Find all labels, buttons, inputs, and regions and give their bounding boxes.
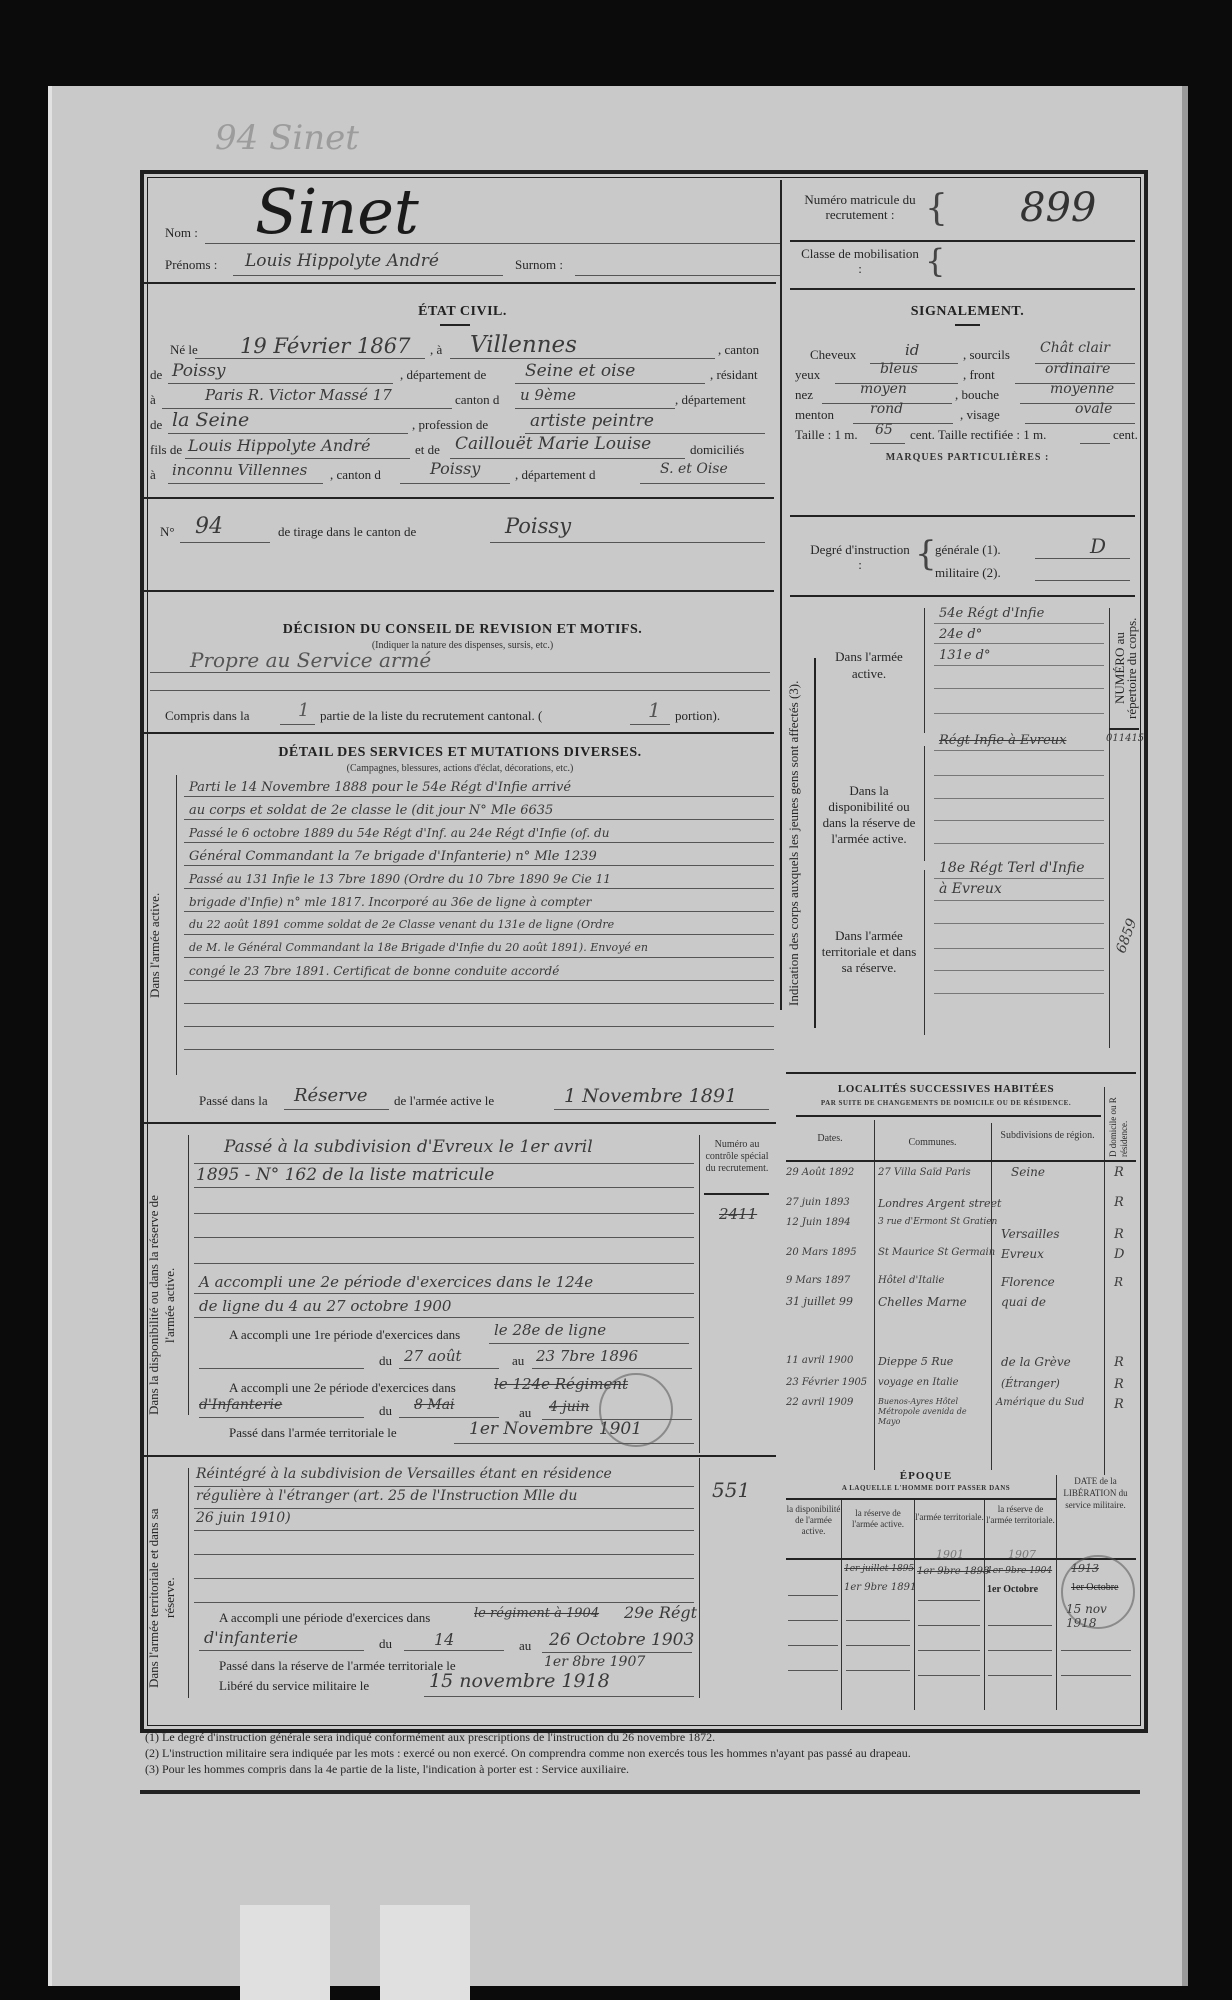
table-row: 27 juin 1893 Londres Argent street R	[786, 1197, 1136, 1219]
column-header-reserve-territoriale: la réserve de l'armée territoriale.	[985, 1504, 1056, 1526]
decision-value: Propre au Service armé	[190, 648, 431, 672]
footnotes: (1) Le degré d'instruction générale sera…	[145, 1730, 1135, 1790]
passe-text: de l'armée active le	[394, 1093, 494, 1109]
libere-label: Libéré du service militaire le	[219, 1678, 369, 1694]
column-header-dr: D domicile ou R résidence.	[1108, 1087, 1134, 1157]
territoriale-periode-label: A accompli une période d'exercices dans	[219, 1610, 430, 1626]
services-section: DÉTAIL DES SERVICES ET MUTATIONS DIVERSE…	[144, 735, 776, 1115]
territoriale-reserve-value: 1er 8bre 1907	[544, 1654, 645, 1670]
territoriale-du-value: 14	[434, 1630, 454, 1649]
departement-label: , département de	[400, 367, 486, 383]
passe-label: Passé dans la	[199, 1093, 268, 1109]
service-line: brigade d'Infie) n° mle 1817. Incorporé …	[189, 895, 591, 909]
libere-value: 15 novembre 1918	[429, 1670, 610, 1692]
pencil-note: 94 Sinet	[215, 118, 359, 158]
periode2-cont: d'Infanterie	[199, 1397, 282, 1413]
numero-controle-value: 2411	[719, 1205, 757, 1223]
reserve-territoriale-value: 1907	[1008, 1548, 1036, 1561]
paper-tab	[380, 1905, 470, 2000]
nom-label: Nom :	[165, 225, 198, 241]
instruction-block: Degré d'instruction : { générale (1). D …	[790, 520, 1135, 590]
periode1-label: A accompli une 1re période d'exercices d…	[229, 1327, 460, 1343]
services-side-label: Dans l'armée active.	[147, 865, 163, 1025]
domicile-a-label: à	[150, 467, 156, 483]
epoque-section: ÉPOQUE A LAQUELLE L'HOMME DOIT PASSER DA…	[786, 1470, 1136, 1725]
taille-label: Taille : 1 m.	[795, 427, 858, 443]
territoriale-section: Dans l'armée territoriale et dans sa rés…	[144, 1458, 776, 1698]
row-commune: Chelles Marne	[878, 1295, 967, 1309]
row-date: 29 Août 1892	[786, 1167, 854, 1178]
service-line: Passé le 6 octobre 1889 du 54e Régt d'In…	[189, 826, 609, 840]
territoriale-reserve-label: Passé dans la réserve de l'armée territo…	[219, 1658, 456, 1674]
periode2-du-value: 8 Mai	[414, 1397, 455, 1413]
row-dr: R	[1114, 1227, 1124, 1242]
service-line: de M. le Général Commandant la 18e Briga…	[189, 941, 648, 954]
surnom-label: Surnom :	[515, 257, 563, 273]
militaire-label: militaire (2).	[935, 565, 1001, 581]
row-date: 27 juin 1893	[786, 1197, 850, 1208]
row-commune: 3 rue d'Ermont St Gratien	[878, 1217, 997, 1227]
row-commune: 27 Villa Saïd Paris	[878, 1167, 971, 1178]
row-date: 23 Février 1905	[786, 1377, 867, 1388]
epoque-subtitle: A LAQUELLE L'HOMME DOIT PASSER DANS	[786, 1484, 1066, 1492]
localites-title: LOCALITÉS SUCCESSIVES HABITÉES	[786, 1083, 1106, 1095]
table-row: 29 Août 1892 27 Villa Saïd Paris Seine R	[786, 1167, 1136, 1189]
compris-label: Compris dans la	[165, 708, 250, 724]
row-subdivision: de la Grève	[1001, 1355, 1071, 1369]
table-row: 31 juillet 99 Chelles Marne quai de	[786, 1295, 1136, 1317]
footnote: (1) Le degré d'instruction générale sera…	[145, 1730, 715, 1745]
compris-text: partie de la liste du recrutement canton…	[320, 708, 542, 724]
nez-value: moyen	[860, 381, 907, 397]
cent-label: cent.	[1113, 427, 1138, 443]
reserve-active-value: 1er 9bre 1891	[844, 1582, 916, 1593]
row-date: 22 avril 1909	[786, 1397, 853, 1408]
services-lines: Parti le 14 Novembre 1888 pour le 54e Ré…	[184, 775, 774, 1075]
column-header-liberation: DATE de la LIBÉRATION du service militai…	[1058, 1475, 1133, 1511]
reserve-line: Passé à la subdivision d'Evreux le 1er a…	[224, 1137, 593, 1157]
cheveux-label: Cheveux	[810, 347, 856, 363]
domicile-dept-value: S. et Oise	[660, 461, 728, 477]
row-commune: voyage en Italie	[878, 1377, 959, 1388]
row-subdivision: quai de	[1001, 1295, 1046, 1309]
front-value: ordinaire	[1045, 361, 1110, 377]
row-dr: R	[1114, 1377, 1124, 1392]
row-dr: R	[1114, 1397, 1124, 1412]
numero-controle-label: Numéro au contrôle spécial du recrutemen…	[702, 1139, 772, 1175]
armee-active-entry: 54e Régt d'Infie	[939, 606, 1044, 621]
row-dr: R	[1114, 1195, 1124, 1210]
et-de-label: et de	[415, 442, 440, 458]
territoriale-line: Réintégré à la subdivision de Versailles…	[196, 1466, 612, 1482]
territoriale-au-value: 26 Octobre 1903	[549, 1630, 694, 1650]
row-date: 20 Mars 1895	[786, 1247, 857, 1258]
numero-repertoire-label: NUMÉRO au répertoire du corps.	[1114, 613, 1138, 723]
row-commune: Hôtel d'Italie	[878, 1275, 944, 1286]
matricule-label: Numéro matricule du recrutement :	[800, 192, 920, 222]
canton-value: Poissy	[172, 361, 225, 381]
reserve-territoriale-value: 1er 9bre 1904	[987, 1566, 1052, 1576]
territoriale-line: 26 juin 1910)	[196, 1510, 291, 1526]
row-subdivision: Florence	[1001, 1275, 1055, 1289]
row-commune: Londres Argent street	[878, 1197, 1001, 1210]
residant-a-label: à	[150, 392, 156, 408]
localites-subtitle: PAR SUITE DE CHANGEMENTS DE DOMICILE OU …	[786, 1099, 1106, 1107]
signalement-section: SIGNALEMENT. Cheveux id , sourcils Chât …	[795, 292, 1140, 522]
row-subdivision: Evreux	[1001, 1247, 1044, 1261]
prenoms-label: Prénoms :	[165, 257, 217, 273]
father-value: Louis Hippolyte André	[188, 436, 371, 455]
table-row: 20 Mars 1895 St Maurice St Germain Evreu…	[786, 1247, 1136, 1269]
etat-civil-title: ÉTAT CIVIL.	[150, 304, 775, 320]
armee-active-label: Dans l'armée active.	[819, 648, 919, 682]
passe-date: 1 Novembre 1891	[564, 1085, 737, 1107]
periode2-label: A accompli une 2e période d'exercices da…	[229, 1380, 456, 1396]
row-subdivision: Versailles	[1001, 1227, 1060, 1241]
yeux-value: bleus	[880, 361, 918, 377]
taille-value: 65	[875, 422, 893, 438]
row-subdivision: (Étranger)	[1001, 1377, 1060, 1390]
domicile-canton-value: Poissy	[430, 459, 480, 478]
bouche-value: moyenne	[1050, 381, 1114, 397]
residant-label: , résidant	[710, 367, 758, 383]
tirage-no-label: N°	[160, 524, 175, 540]
periode1-value: le 28e de ligne	[494, 1321, 606, 1339]
territoriale-label: Dans l'armée territoriale et dans sa rés…	[819, 928, 919, 976]
tirage-canton-value: Poissy	[505, 514, 571, 538]
territoriale-number: 6859	[1113, 917, 1140, 956]
tirage-label: de tirage dans le canton de	[278, 524, 416, 540]
official-stamp	[1061, 1555, 1135, 1629]
territoriale-side-label: Dans l'armée territoriale et dans sa rés…	[146, 1498, 184, 1698]
matricule-block: Numéro matricule du recrutement : { 899 …	[790, 180, 1135, 290]
table-row: 9 Mars 1897 Hôtel d'Italie Florence R	[786, 1275, 1136, 1297]
canton-d-label: canton d	[455, 392, 499, 408]
decision-title: DÉCISION DU CONSEIL DE REVISION ET MOTIF…	[150, 622, 775, 638]
row-date: 31 juillet 99	[786, 1295, 853, 1308]
prenoms-value: Louis Hippolyte André	[245, 251, 439, 271]
paper-tab	[240, 1905, 330, 2000]
bouche-label: , bouche	[955, 387, 999, 403]
periode1-au-value: 23 7bre 1896	[536, 1347, 638, 1365]
front-label: , front	[963, 367, 995, 383]
domicilies-label: domiciliés	[690, 442, 744, 458]
territoriale-entry: à Evreux	[939, 881, 1002, 897]
territoriale-entry: 18e Régt Terl d'Infie	[939, 860, 1085, 876]
epoque-title: ÉPOQUE	[786, 1470, 1066, 1482]
row-commune: St Maurice St Germain	[878, 1247, 995, 1258]
localites-section: LOCALITÉS SUCCESSIVES HABITÉES PAR SUITE…	[786, 1075, 1136, 1375]
disponibilite-label: Dans la disponibilité ou dans la réserve…	[819, 783, 919, 847]
service-line: Parti le 14 Novembre 1888 pour le 54e Ré…	[189, 780, 571, 795]
table-row: 12 Juin 1894 3 rue d'Ermont St Gratien V…	[786, 1217, 1136, 1239]
armee-active-entry: 24e d°	[939, 627, 982, 642]
classe-label: Classe de mobilisation :	[800, 246, 920, 276]
visage-value: ovale	[1075, 401, 1112, 417]
matricule-value: 899	[1020, 185, 1096, 231]
taille-rectifiee-label: cent. Taille rectifiée : 1 m.	[910, 427, 1046, 443]
reserve-line: 1895 - N° 162 de la liste matricule	[196, 1165, 494, 1185]
territoriale-value: 1er 9bre 1898	[917, 1566, 989, 1577]
reserve-territoriale-label: Passé dans l'armée territoriale le	[229, 1425, 397, 1441]
territoriale-periode-cont: d'infanterie	[204, 1628, 298, 1647]
reserve-side-label: Dans la disponibilité ou dans la réserve…	[146, 1185, 184, 1425]
periode2-du-label: du	[379, 1403, 392, 1419]
service-line: au corps et soldat de 2e classe le (dit …	[189, 803, 553, 818]
fils-de-label: fils de	[150, 442, 182, 458]
yeux-label: yeux	[795, 367, 820, 383]
row-dr: R	[1114, 1275, 1123, 1289]
service-line: congé le 23 7bre 1891. Certificat de bon…	[189, 964, 559, 978]
departement2-value: la Seine	[172, 409, 249, 431]
domicile-dept-label: , département d	[515, 467, 596, 483]
a-label: , à	[430, 342, 442, 358]
passe-value: Réserve	[294, 1085, 368, 1106]
etat-civil-section: ÉTAT CIVIL. Né le 19 Février 1867 , à Vi…	[150, 292, 775, 542]
decision-section: DÉCISION DU CONSEIL DE REVISION ET MOTIF…	[150, 590, 775, 740]
domicile-value: inconnu Villennes	[172, 461, 307, 479]
row-date: 12 Juin 1894	[786, 1217, 851, 1228]
column-header-dates: Dates.	[786, 1133, 874, 1144]
periode-note: de ligne du 4 au 27 octobre 1900	[199, 1297, 451, 1315]
ne-le-label: Né le	[170, 342, 198, 358]
row-dr: R	[1114, 1165, 1124, 1180]
departement2-label: , département	[675, 392, 746, 408]
nez-label: nez	[795, 387, 813, 403]
column-header-disponibilite: la disponibilité de l'armée active.	[786, 1504, 841, 1537]
service-line: Général Commandant la 7e brigade d'Infan…	[189, 849, 597, 864]
periode1-du-label: du	[379, 1353, 392, 1369]
generale-label: générale (1).	[935, 542, 1001, 558]
column-header-communes: Communes.	[874, 1137, 991, 1148]
marques-label: MARQUES PARTICULIÈRES :	[795, 452, 1140, 463]
visage-label: , visage	[960, 407, 1000, 423]
periode1-du-value: 27 août	[404, 1347, 462, 1365]
row-commune: Buenos-Ayres Hôtel Métropole avenida de …	[878, 1397, 988, 1427]
residence-value: Paris R. Victor Massé 17	[205, 386, 392, 404]
territoriale-au-label: au	[519, 1638, 531, 1654]
mother-value: Caillouët Marie Louise	[455, 434, 651, 454]
compris-partie-value: 1	[298, 700, 309, 721]
disponibilite-entry: Régt Infie à Evreux	[939, 733, 1067, 748]
territoriale-line: régulière à l'étranger (art. 25 de l'Ins…	[196, 1488, 577, 1504]
brace-icon: {	[915, 534, 937, 574]
identity-block: Nom : Sinet Prénoms : Louis Hippolyte An…	[165, 195, 780, 290]
corps-entries: 54e Régt d'Infie 24e d° 131e d° Régt Inf…	[934, 598, 1104, 1058]
footnote: (3) Pour les hommes compris dans la 4e p…	[145, 1762, 629, 1777]
menton-value: rond	[870, 401, 903, 417]
generale-value: D	[1090, 534, 1106, 558]
reserve-territoriale-value: 1er Octobre	[987, 1584, 1038, 1595]
nom-value: Sinet	[255, 175, 419, 248]
territoriale-value: 1901	[936, 1548, 964, 1561]
service-line: Passé au 131 Infie le 13 7bre 1890 (Ordr…	[189, 872, 611, 886]
territoriale-numero-value: 551	[712, 1478, 750, 1502]
row-subdivision: Seine	[1011, 1165, 1045, 1179]
birth-date-value: 19 Février 1867	[240, 334, 410, 358]
services-subtitle: (Campagnes, blessures, actions d'éclat, …	[144, 763, 776, 774]
row-dr: D	[1114, 1247, 1124, 1262]
brace-icon: {	[925, 188, 948, 229]
certification-stamp	[599, 1373, 673, 1447]
de2-label: de	[150, 417, 162, 433]
sourcils-value: Chât clair	[1040, 340, 1110, 356]
territoriale-periode-value: 29e Régt	[624, 1603, 697, 1622]
cheveux-value: id	[905, 341, 919, 359]
birth-place-value: Villennes	[470, 332, 577, 358]
menton-label: menton	[795, 407, 834, 423]
corps-section: Indication des corps auxquels les jeunes…	[784, 598, 1140, 1073]
armee-active-entry: 131e d°	[939, 648, 990, 663]
territoriale-du-label: du	[379, 1636, 392, 1652]
reserve-section: Dans la disponibilité ou dans la réserve…	[144, 1125, 776, 1453]
reserve-active-value: 1er juillet 1895	[844, 1564, 914, 1574]
column-header-subdivisions: Subdivisions de région.	[991, 1130, 1104, 1141]
periode2-au-value: 4 juin	[549, 1399, 589, 1415]
footnote: (2) L'instruction militaire sera indiqué…	[145, 1746, 911, 1761]
compris-portion-value: 1	[648, 698, 661, 722]
periode-note: A accompli une 2e période d'exercices da…	[199, 1273, 593, 1291]
de-label: de	[150, 367, 162, 383]
canton-d-value: u 9ème	[520, 386, 576, 404]
row-dr: R	[1114, 1355, 1124, 1370]
periode1-au-label: au	[512, 1353, 524, 1369]
corps-side-label: Indication des corps auxquels les jeunes…	[786, 638, 802, 1048]
row-date: 9 Mars 1897	[786, 1275, 850, 1286]
profession-label: , profession de	[412, 417, 488, 433]
profession-value: artiste peintre	[530, 411, 654, 431]
instruction-label: Degré d'instruction :	[810, 542, 910, 572]
canton-label: , canton	[718, 342, 759, 358]
sourcils-label: , sourcils	[963, 347, 1010, 363]
service-line: du 22 août 1891 comme soldat de 2e Class…	[189, 918, 614, 931]
services-title: DÉTAIL DES SERVICES ET MUTATIONS DIVERSE…	[144, 745, 776, 761]
column-header-reserve-active: la réserve de l'armée active.	[842, 1508, 914, 1530]
disponibilite-number: 011415	[1106, 733, 1144, 744]
departement-value: Seine et oise	[525, 361, 635, 381]
brace-icon: {	[925, 242, 945, 280]
territoriale-periode-struck: le régiment à 1904	[474, 1606, 599, 1621]
signalement-title: SIGNALEMENT.	[795, 304, 1140, 320]
row-date: 11 avril 1900	[786, 1355, 853, 1366]
tirage-no-value: 94	[195, 514, 223, 539]
row-commune: Dieppe 5 Rue	[878, 1355, 953, 1368]
column-header-territoriale: l'armée territoriale.	[915, 1512, 984, 1523]
domicile-canton-label: , canton d	[330, 467, 381, 483]
portion-label: portion).	[675, 708, 720, 724]
row-subdivision: Amérique du Sud	[996, 1397, 1084, 1408]
